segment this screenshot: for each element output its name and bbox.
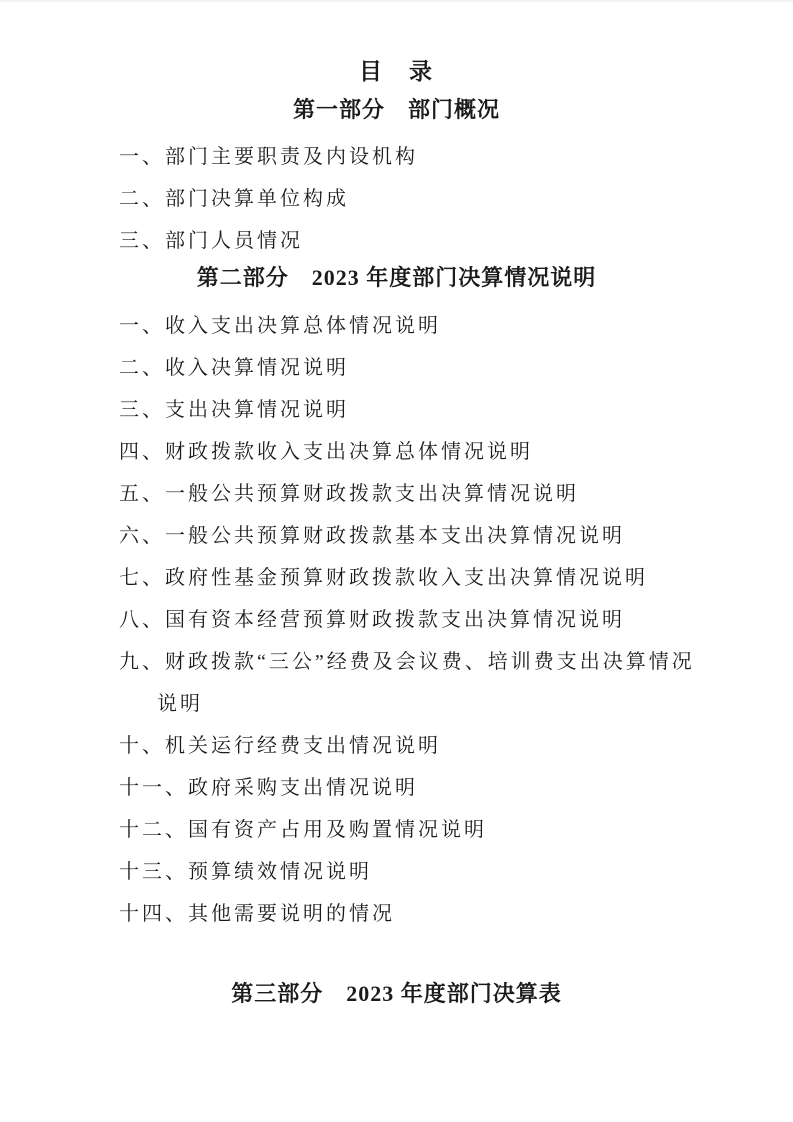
toc-item: 二、部门决算单位构成: [119, 187, 349, 212]
toc-item: 六、一般公共预算财政拨款基本支出决算情况说明: [119, 524, 625, 549]
toc-item-continuation: 说明: [157, 692, 203, 717]
toc-item: 七、政府性基金预算财政拨款收入支出决算情况说明: [119, 566, 648, 591]
toc-item: 三、支出决算情况说明: [119, 398, 349, 423]
page-top-edge: [0, 0, 793, 2]
part-1-heading: 第一部分 部门概况: [0, 96, 793, 123]
toc-item: 五、一般公共预算财政拨款支出决算情况说明: [119, 482, 579, 507]
toc-item: 八、国有资本经营预算财政拨款支出决算情况说明: [119, 608, 625, 633]
toc-item: 十四、其他需要说明的情况: [119, 902, 395, 927]
toc-item: 三、部门人员情况: [119, 229, 303, 254]
toc-item: 十一、政府采购支出情况说明: [119, 776, 418, 801]
toc-item: 十二、国有资产占用及购置情况说明: [119, 818, 487, 843]
toc-item: 一、收入支出决算总体情况说明: [119, 314, 441, 339]
document-page: 目 录 第一部分 部门概况 一、部门主要职责及内设机构 二、部门决算单位构成 三…: [0, 0, 793, 1122]
part-2-heading: 第二部分 2023 年度部门决算情况说明: [0, 264, 793, 291]
toc-item: 十三、预算绩效情况说明: [119, 860, 372, 885]
toc-item: 二、收入决算情况说明: [119, 356, 349, 381]
toc-item: 一、部门主要职责及内设机构: [119, 145, 418, 170]
part-3-heading: 第三部分 2023 年度部门决算表: [0, 980, 793, 1007]
toc-item: 十、机关运行经费支出情况说明: [119, 734, 441, 759]
toc-title: 目 录: [0, 58, 793, 86]
toc-item: 四、财政拨款收入支出决算总体情况说明: [119, 440, 533, 465]
toc-item: 九、财政拨款“三公”经费及会议费、培训费支出决算情况: [119, 650, 695, 675]
